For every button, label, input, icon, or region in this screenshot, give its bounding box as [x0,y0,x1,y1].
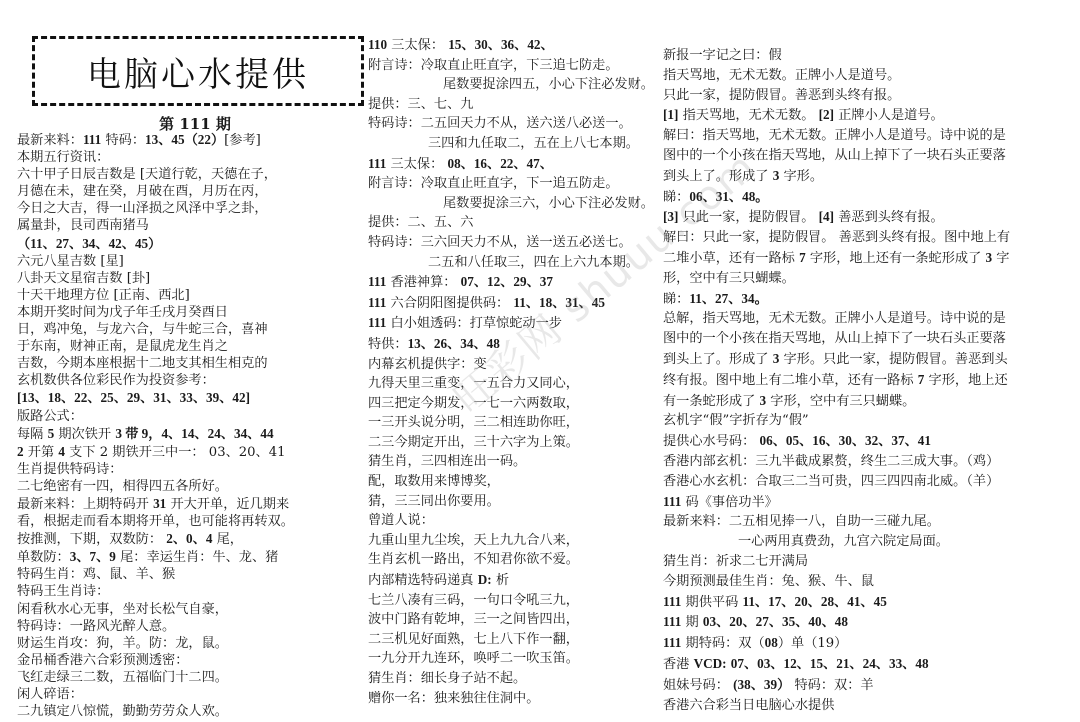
text-fragment: 正牌小人是道号。 [834,108,944,123]
text-line: 四三把定今期发，一七一六两数取， [368,394,654,414]
text-line: 指天骂地，无术无数。正牌小人是道号。 [663,66,1010,86]
bold-value: 111 [663,494,681,509]
bold-value: （11、27、34、42、45） [17,236,161,251]
bold-value: 31 [153,496,166,511]
text-line: 最新来料：二五相见捧一八，自助一三碰九尾。 [663,512,1010,532]
text-line: 飞红走绿三二数，五福临门十二四。 [17,669,294,686]
text-line: 财运生肖攻：狗，羊。防：龙，鼠。 [17,635,294,652]
text-line: 按推测，下期，双数防： 2、0、4 尾， [17,530,294,548]
bold-value: 111 [663,614,681,629]
text-line: 特码生肖：鸡、鼠、羊、猴 [17,566,294,583]
text-fragment: 有一条蛇形成了 [663,394,760,409]
text-line: 香港六合彩当日电脑心水提供 [663,696,1010,716]
text-fragment: 提供心水号码： [663,434,760,449]
text-fragment: ）单（19） [778,636,848,651]
text-fragment: 支下 2 期铁开三中一： 03、20、41 [65,445,286,460]
text-fragment: 最新来料：上期特码开 [17,497,153,512]
text-line: 配，取数用来博博奖， [368,472,654,492]
text-line: 形，空中有三只蝴蝶。 [663,269,1010,289]
text-fragment: 带 9，4、14、24、34、44 [122,426,274,441]
text-line: [13、18、22、25、29、31、33、39、42] [17,389,294,407]
text-line: 七兰八凑有三码，一句口令吼三九， [368,591,654,611]
text-line: 特码诗：二五回天力不从，送六送八必送一。 [368,114,654,134]
text-line: 二七绝密有一四，相得四五各所好。 [17,478,294,495]
text-line: 三四和九任取二，五在上八七本期。 [368,134,654,154]
text-line: 睇：06、31、48。 [663,187,1010,208]
text-line: 111 期 03、20、27、35、40、48 [663,612,1010,633]
text-line: 波中门路有乾坤，三一之间皆四出， [368,610,654,630]
text-line: 有一条蛇形成了 3 字形，空中有三只蝴蝶。 [663,391,1010,412]
bold-value: 111 [368,315,386,330]
text-line: 九得天里三重变，一五合力又同心， [368,374,654,394]
text-line: 111 码《事倍功半》 [663,492,1010,513]
text-line: 只此一家，提防假冒。善恶到头终有报。 [663,86,1010,106]
text-fragment: 按推测，下期，双数防： [17,532,166,547]
text-line: 香港内部玄机：三九半截成累赘，终生二三成大事。（鸡） [663,452,1010,472]
text-line: 解曰：指天骂地，无术无数。正牌小人是道号。诗中说的是 [663,126,1010,146]
text-line: 到头上了。形成了 3 字形。 [663,166,1010,187]
text-fragment: 到头上了。形成了 [663,352,773,367]
text-line: 二五和八任取三，四在上六九本期。 [368,253,654,273]
bold-value: D: [478,572,492,587]
text-line: 二堆小草，还有一路标 7 字形，地上还有一条蛇形成了 3 字 [663,248,1010,269]
text-fragment: 终有报。图中地上有二堆小草，还有一路标 [663,373,918,388]
text-line: 图中的一个小孩在指天骂地，从山上掉下了一块石头正要落 [663,146,1010,166]
bold-value: 111 [368,295,386,310]
text-fragment: 六合阴阳图提供码： [386,296,513,311]
text-line: 猜生肖：祈求二七开满局 [663,552,1010,572]
text-fragment: 单数防： [17,550,70,565]
text-line: 九重山里九尘埃，天上九九合八来， [368,531,654,551]
text-fragment: 尾：幸运生肖：牛、龙、猪 [116,550,278,565]
text-fragment: 内部精选特码递真 [368,573,478,588]
text-line: 一九分开九连环，唤呼二一吹玉笛。 [368,649,654,669]
text-line: 看，根据走而看本期将开单，也可能将再转双。 [17,513,294,530]
text-line: 香港 VCD: 07、03、12、15、21、24、33、48 [663,654,1010,675]
text-fragment: 姐妹号码： [663,678,733,693]
text-line: 今日之大吉，得一山泽损之风泽中孚之卦， [17,200,294,217]
text-fragment: 三太保： [386,157,447,172]
text-line: 总解，指天骂地，无术无数。正牌小人是道号。诗中说的是 [663,309,1010,329]
text-line: 附言诗：冷取直止旺直字，下一追五防走。 [368,174,654,194]
text-line: 每隔 5 期次铁开 3 带 9，4、14、24、34、44 [17,425,294,443]
text-line: 猜生肖，三四相连出一码。 [368,452,654,472]
text-fragment: [参考] [224,133,261,148]
text-line: 于东南，财神正南，是鼠虎龙生肖之 [17,338,294,355]
bold-value: 07、12、29、37 [461,274,553,289]
text-fragment: 开第 [24,445,59,460]
text-line: [1] 指天骂地，无术无数。 [2] 正牌小人是道号。 [663,105,1010,126]
text-line: 二三今期定开出，三十六字为上策。 [368,433,654,453]
text-line: 本期开奖时间为戊子年壬戌月癸酉日 [17,304,294,321]
text-fragment: 期次铁开 [54,427,115,442]
text-line: 六十甲子日辰吉数是 [天道行乾，天德在子， [17,166,294,183]
text-line: 睇：11、27、34。 [663,289,1010,310]
text-line: 赠你一名：独来独往住洞中。 [368,689,654,709]
text-line: （11、27、34、42、45） [17,235,294,253]
text-line: 到头上了。形成了 3 字形。只此一家，提防假冒。善恶到头 [663,349,1010,370]
text-line: 香港心水玄机：合取三二当可贵，四三四四南北威。（羊） [663,472,1010,492]
text-line: 姐妹号码： (38、39） 特码：双：羊 [663,675,1010,696]
text-line: 生肖玄机一路出，不知君你欲不爱。 [368,550,654,570]
text-line: 金吊桶香港六合彩预测透密： [17,652,294,669]
bold-value: 111 [663,594,681,609]
text-line: 附言诗：冷取直止旺直字，下三追七防走。 [368,56,654,76]
text-line: 尾数要捉涂三六，小心下注必发财。 [368,194,654,214]
text-line: 特供：13、26、34、48 [368,334,654,355]
bold-value: 2 [17,444,24,459]
bold-value: 111 [83,132,101,147]
text-line: 111 期特码：双（08）单（19） [663,633,1010,654]
text-line: 八卦天文星宿吉数 [卦] [17,270,294,287]
middle-column: 110 三太保： 15、30、36、42、附言诗：冷取直止旺直字，下三追七防走。… [368,35,654,708]
bold-value: 06、31、48。 [689,189,768,204]
text-line: 内幕玄机提供字：变 [368,355,654,375]
text-fragment: 字形。只此一家，提防假冒。善恶到头 [779,352,1007,367]
text-line: 月德在未，建在癸，月破在酉，月历在丙， [17,183,294,200]
text-line: 今期预测最佳生肖：兔、猴、牛、鼠 [663,572,1010,592]
text-line: 闲人碎语： [17,686,294,703]
text-fragment: 字形，地上还有一条蛇形成了 [806,251,986,266]
bold-value: 111 [663,635,681,650]
text-line: 十天干地理方位 [正南、西北] [17,287,294,304]
bold-value: 111 [368,156,386,171]
bold-value: 11、27、34。 [689,291,767,306]
bold-value: 11、18、31、45 [513,295,605,310]
text-line: 110 三太保： 15、30、36、42、 [368,35,654,56]
bold-value: VCD: [694,656,727,671]
text-line: 六元八星吉数 [星] [17,253,294,270]
text-line: 最新来料：111 特码：13、45（22）[参考] [17,131,294,149]
text-fragment: 睇： [663,190,689,205]
text-line: 猜，三三同出你要用。 [368,492,654,512]
bold-value: 11、17、20、28、41、45 [742,594,886,609]
text-line: 版路公式： [17,408,294,425]
bold-value: 2、0、4 [166,531,212,546]
text-line: 吉数，今期本座根据十二地支其相生相克的 [17,355,294,372]
text-line: 解曰：只此一家，提防假冒。 善恶到头终有报。图中地上有 [663,228,1010,248]
text-line: 特码诗：一路风光醉人意。 [17,618,294,635]
text-line: 单数防：3、7、9 尾：幸运生肖：牛、龙、猪 [17,548,294,566]
bold-value: 110 [368,37,387,52]
text-fragment: 指天骂地，无术无数。 [678,108,818,123]
text-fragment: 期特码：双（ [681,636,764,651]
text-fragment: 字形，地上还 [924,373,1007,388]
text-line: 特码王生肖诗： [17,583,294,600]
text-line: 终有报。图中地上有二堆小草，还有一路标 7 字形，地上还 [663,370,1010,391]
bold-value: 15、30、36、42、 [448,37,554,52]
text-line: 曾道人说： [368,511,654,531]
bold-value: 13、45（22） [145,132,224,147]
text-line: 提供：三、七、九 [368,95,654,115]
text-line: 日，鸡冲兔，与龙六合，与牛蛇三合，喜神 [17,321,294,338]
text-line: 本期五行资讯： [17,149,294,166]
bold-value: 08、16、22、47、 [447,156,553,171]
text-fragment: 特码： [101,133,145,148]
text-fragment: 三太保： [387,38,448,53]
text-fragment: 码《事倍功半》 [681,495,778,510]
bold-value: [1] [663,107,678,122]
text-fragment: 字形，空中有三只蝴蝶。 [766,394,915,409]
text-line: 111 期供平码 11、17、20、28、41、45 [663,592,1010,613]
text-fragment: 只此一家，提防假冒。 [678,210,818,225]
text-line: [3] 只此一家，提防假冒。 [4] 善恶到头终有报。 [663,207,1010,228]
bold-value: 3、7、9 [70,549,116,564]
text-fragment: 每隔 [17,427,48,442]
text-fragment: 字 [992,251,1009,266]
text-line: 内部精选特码递真 D: 析 [368,570,654,591]
bold-value: [3] [663,209,678,224]
bold-value: 3 [115,426,122,441]
text-line: 图中的一个小孩在指天骂地，从山上掉下了一块石头正要落 [663,329,1010,349]
bold-value: 08 [765,635,778,650]
text-line: 111 六合阴阳图提供码： 11、18、31、45 [368,293,654,314]
text-line: 尾数要捉涂四五，小心下注必发财。 [368,75,654,95]
page-title: 电脑心水提供 [87,47,309,96]
bold-value: (38、39） [733,677,790,692]
text-fragment: 香港神算： [386,275,460,290]
text-line: 属量卦，艮司西南猪马 [17,217,294,234]
text-fragment: 睇： [663,292,689,307]
bold-value: [13、18、22、25、29、31、33、39、42] [17,390,250,405]
bold-value: 06、05、16、30、32、37、41 [760,433,931,448]
text-fragment: 白小姐透码：打草惊蛇动一步 [386,316,562,331]
right-column: 新报一字记之曰：假指天骂地，无术无数。正牌小人是道号。只此一家，提防假冒。善恶到… [663,46,1010,715]
text-fragment: 善恶到头终有报。 [834,210,944,225]
bold-value: [2] [819,107,834,122]
bold-value: 7 [799,250,806,265]
text-line: 特码诗：三六回天力不从，送一送五必送七。 [368,233,654,253]
text-fragment: 析 [492,573,509,588]
text-line: 111 香港神算： 07、12、29、37 [368,272,654,293]
text-line: 最新来料：上期特码开 31 开大开单，近几期来 [17,495,294,513]
text-line: 生肖提供特码诗： [17,461,294,478]
text-fragment: 特码：双：羊 [790,678,873,693]
bold-value: 4 [58,444,65,459]
text-line: 提供心水号码： 06、05、16、30、32、37、41 [663,431,1010,452]
text-line: 玄机字“假”字折存为“假” [663,411,1010,431]
text-line: 一心两用真费劲，九宫六院定局面。 [663,532,1010,552]
bold-value: 03、20、27、35、40、48 [703,614,848,629]
text-line: 一三开头说分明，三二相连助你旺， [368,413,654,433]
bold-value: 111 [368,274,386,289]
text-fragment: 期供平码 [681,595,742,610]
text-line: 新报一字记之曰：假 [663,46,1010,66]
text-fragment: 最新来料： [17,133,83,148]
text-fragment: 期 [681,615,703,630]
text-fragment: 开大开单，近几期来 [166,497,289,512]
text-line: 猜生肖：细长身子站不起。 [368,669,654,689]
left-column: 最新来料：111 特码：13、45（22）[参考]本期五行资讯：六十甲子日辰吉数… [17,131,294,720]
text-fragment: 尾， [212,532,243,547]
bold-value: 07、03、12、15、21、24、33、48 [731,656,929,671]
text-line: 提供：二、五、六 [368,213,654,233]
text-fragment: 字形。 [779,169,823,184]
bold-value: [4] [819,209,834,224]
text-line: 111 三太保： 08、16、22、47、 [368,154,654,175]
text-line: 二三机见好面熟，七上八下作一翻， [368,630,654,650]
bold-value: 13、26、34、48 [408,336,500,351]
text-fragment: 二堆小草，还有一路标 [663,251,799,266]
text-fragment: 香港 [663,657,694,672]
text-fragment: 特供： [368,337,408,352]
text-fragment: 到头上了。形成了 [663,169,773,184]
title-box: 电脑心水提供 [32,36,364,106]
text-line: 111 白小姐透码：打草惊蛇动一步 [368,313,654,334]
text-line: 二九镇定八惊慌，勤勤劳劳众人欢。 [17,703,294,720]
text-line: 玄机数供各位彩民作为投资参考： [17,372,294,389]
text-line: 闲看秋水心无事，坐对长松气自豪， [17,601,294,618]
text-line: 2 开第 4 支下 2 期铁开三中一： 03、20、41 [17,443,294,461]
